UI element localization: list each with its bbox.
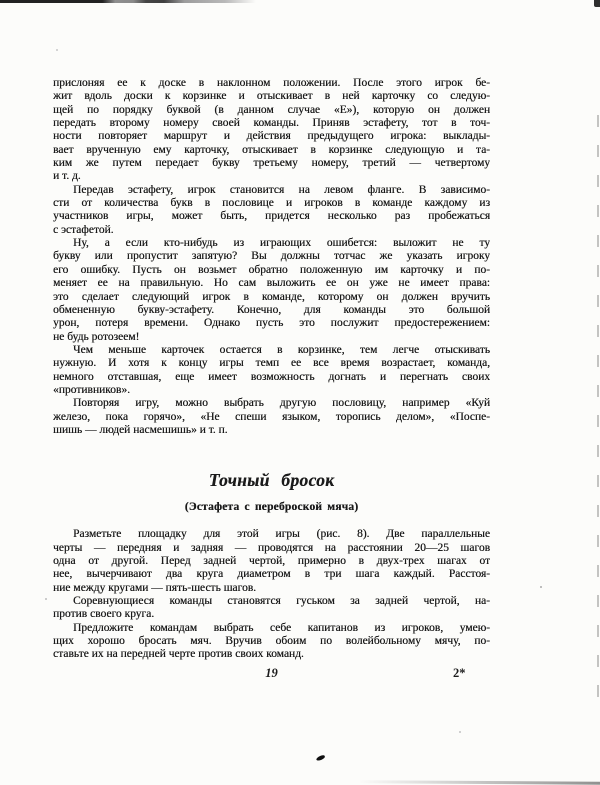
page-footer: 19 2*	[53, 666, 490, 682]
section-title: Точный бросок	[53, 470, 490, 490]
text-line: Передав эстафету, игрок становится на ле…	[53, 184, 490, 197]
scan-artifact-top-edge	[0, 0, 256, 3]
text-line: это сделает следующий игрок в команде, к…	[53, 291, 490, 304]
text-line: урон, потеря времени. Однако пусть это п…	[53, 317, 490, 330]
scan-artifact-right-edge	[597, 115, 599, 700]
text-line: и т. д.	[53, 170, 490, 183]
text-line: сти от количества букв в пословице и игр…	[53, 197, 490, 210]
scan-artifact-speck	[45, 598, 47, 600]
text-line: обмененную букву-эстафету. Конечно, для …	[53, 304, 490, 317]
text-line: немного отставшая, еще имеет возможность…	[53, 371, 490, 384]
text-line: нее, вычерчивают два круга диаметром в т…	[53, 568, 490, 581]
body-text-upper: прислоняя ее к доске в наклонном положен…	[53, 77, 490, 437]
text-line: Разметьте площадку для этой игры (рис. 8…	[53, 528, 490, 541]
text-line: его ошибку. Пусть он возьмет обратно пол…	[53, 264, 490, 277]
text-line: жит вдоль доски к корзинке и отыскивает …	[53, 90, 490, 103]
text-line: против своего круга.	[53, 608, 490, 621]
text-line: ние между кругами — пять-шесть шагов.	[53, 582, 490, 595]
text-line: меняет ее на правильную. Но сам выложить…	[53, 277, 490, 290]
text-line: ности повторяет маршрут и действия преды…	[53, 130, 490, 143]
book-page-scan: прислоняя ее к доске в наклонном положен…	[0, 0, 600, 785]
text-line: черты — передняя и задняя — проводятся н…	[53, 542, 490, 555]
text-line: «противников».	[53, 384, 490, 397]
text-line: одна от другой. Перед задней чертой, при…	[53, 555, 490, 568]
scan-artifact-speck	[459, 731, 461, 733]
text-line: букву или пропустит запятую? Вы должны т…	[53, 250, 490, 263]
text-line: Ну, а если кто-нибудь из играющих ошибет…	[53, 237, 490, 250]
text-line: ставьте их на передней черте против свои…	[53, 648, 490, 661]
text-line: щей по порядку буквой (в данном случае «…	[53, 104, 490, 117]
text-line: нужную. И хотя к концу игры темп ее все …	[53, 357, 490, 370]
text-line: щих хорошо бросать мяч. Вручив обоим по …	[53, 635, 490, 648]
scan-artifact-bottom-edge	[358, 780, 600, 784]
scan-artifact-speck	[56, 49, 58, 51]
text-line: Соревнующиеся команды становятся гуськом…	[53, 595, 490, 608]
text-line: передать второму номеру своей команды. П…	[53, 117, 490, 130]
text-line: с эстафетой.	[53, 224, 490, 237]
text-line: Чем меньше карточек остается в корзинке,…	[53, 344, 490, 357]
text-line: вает врученную ему карточку, отыскивает …	[53, 144, 490, 157]
scan-artifact-ink-mark	[316, 754, 326, 761]
text-line: Повторяя игру, можно выбрать другую посл…	[53, 397, 490, 410]
text-column: прислоняя ее к доске в наклонном положен…	[53, 77, 490, 662]
text-line: ким же путем передает букву третьему ном…	[53, 157, 490, 170]
scan-artifact-top-right-corner	[594, 0, 600, 7]
text-line: прислоняя ее к доске в наклонном положен…	[53, 77, 490, 90]
signature-mark: 2*	[453, 666, 466, 680]
section-subtitle: (Эстафета с переброской мяча)	[53, 500, 490, 514]
text-line: шишь — людей насмешишь» и т. п.	[53, 424, 490, 437]
body-text-lower: Разметьте площадку для этой игры (рис. 8…	[53, 528, 490, 661]
text-line: участников игры, может быть, придется не…	[53, 210, 490, 223]
scan-artifact-speck	[540, 586, 542, 588]
text-line: не будь ротозеем!	[53, 331, 490, 344]
text-line: Предложите командам выбрать себе капитан…	[53, 622, 490, 635]
page-number: 19	[53, 666, 490, 680]
text-line: железо, пока горячо», «Не спеши языком, …	[53, 411, 490, 424]
